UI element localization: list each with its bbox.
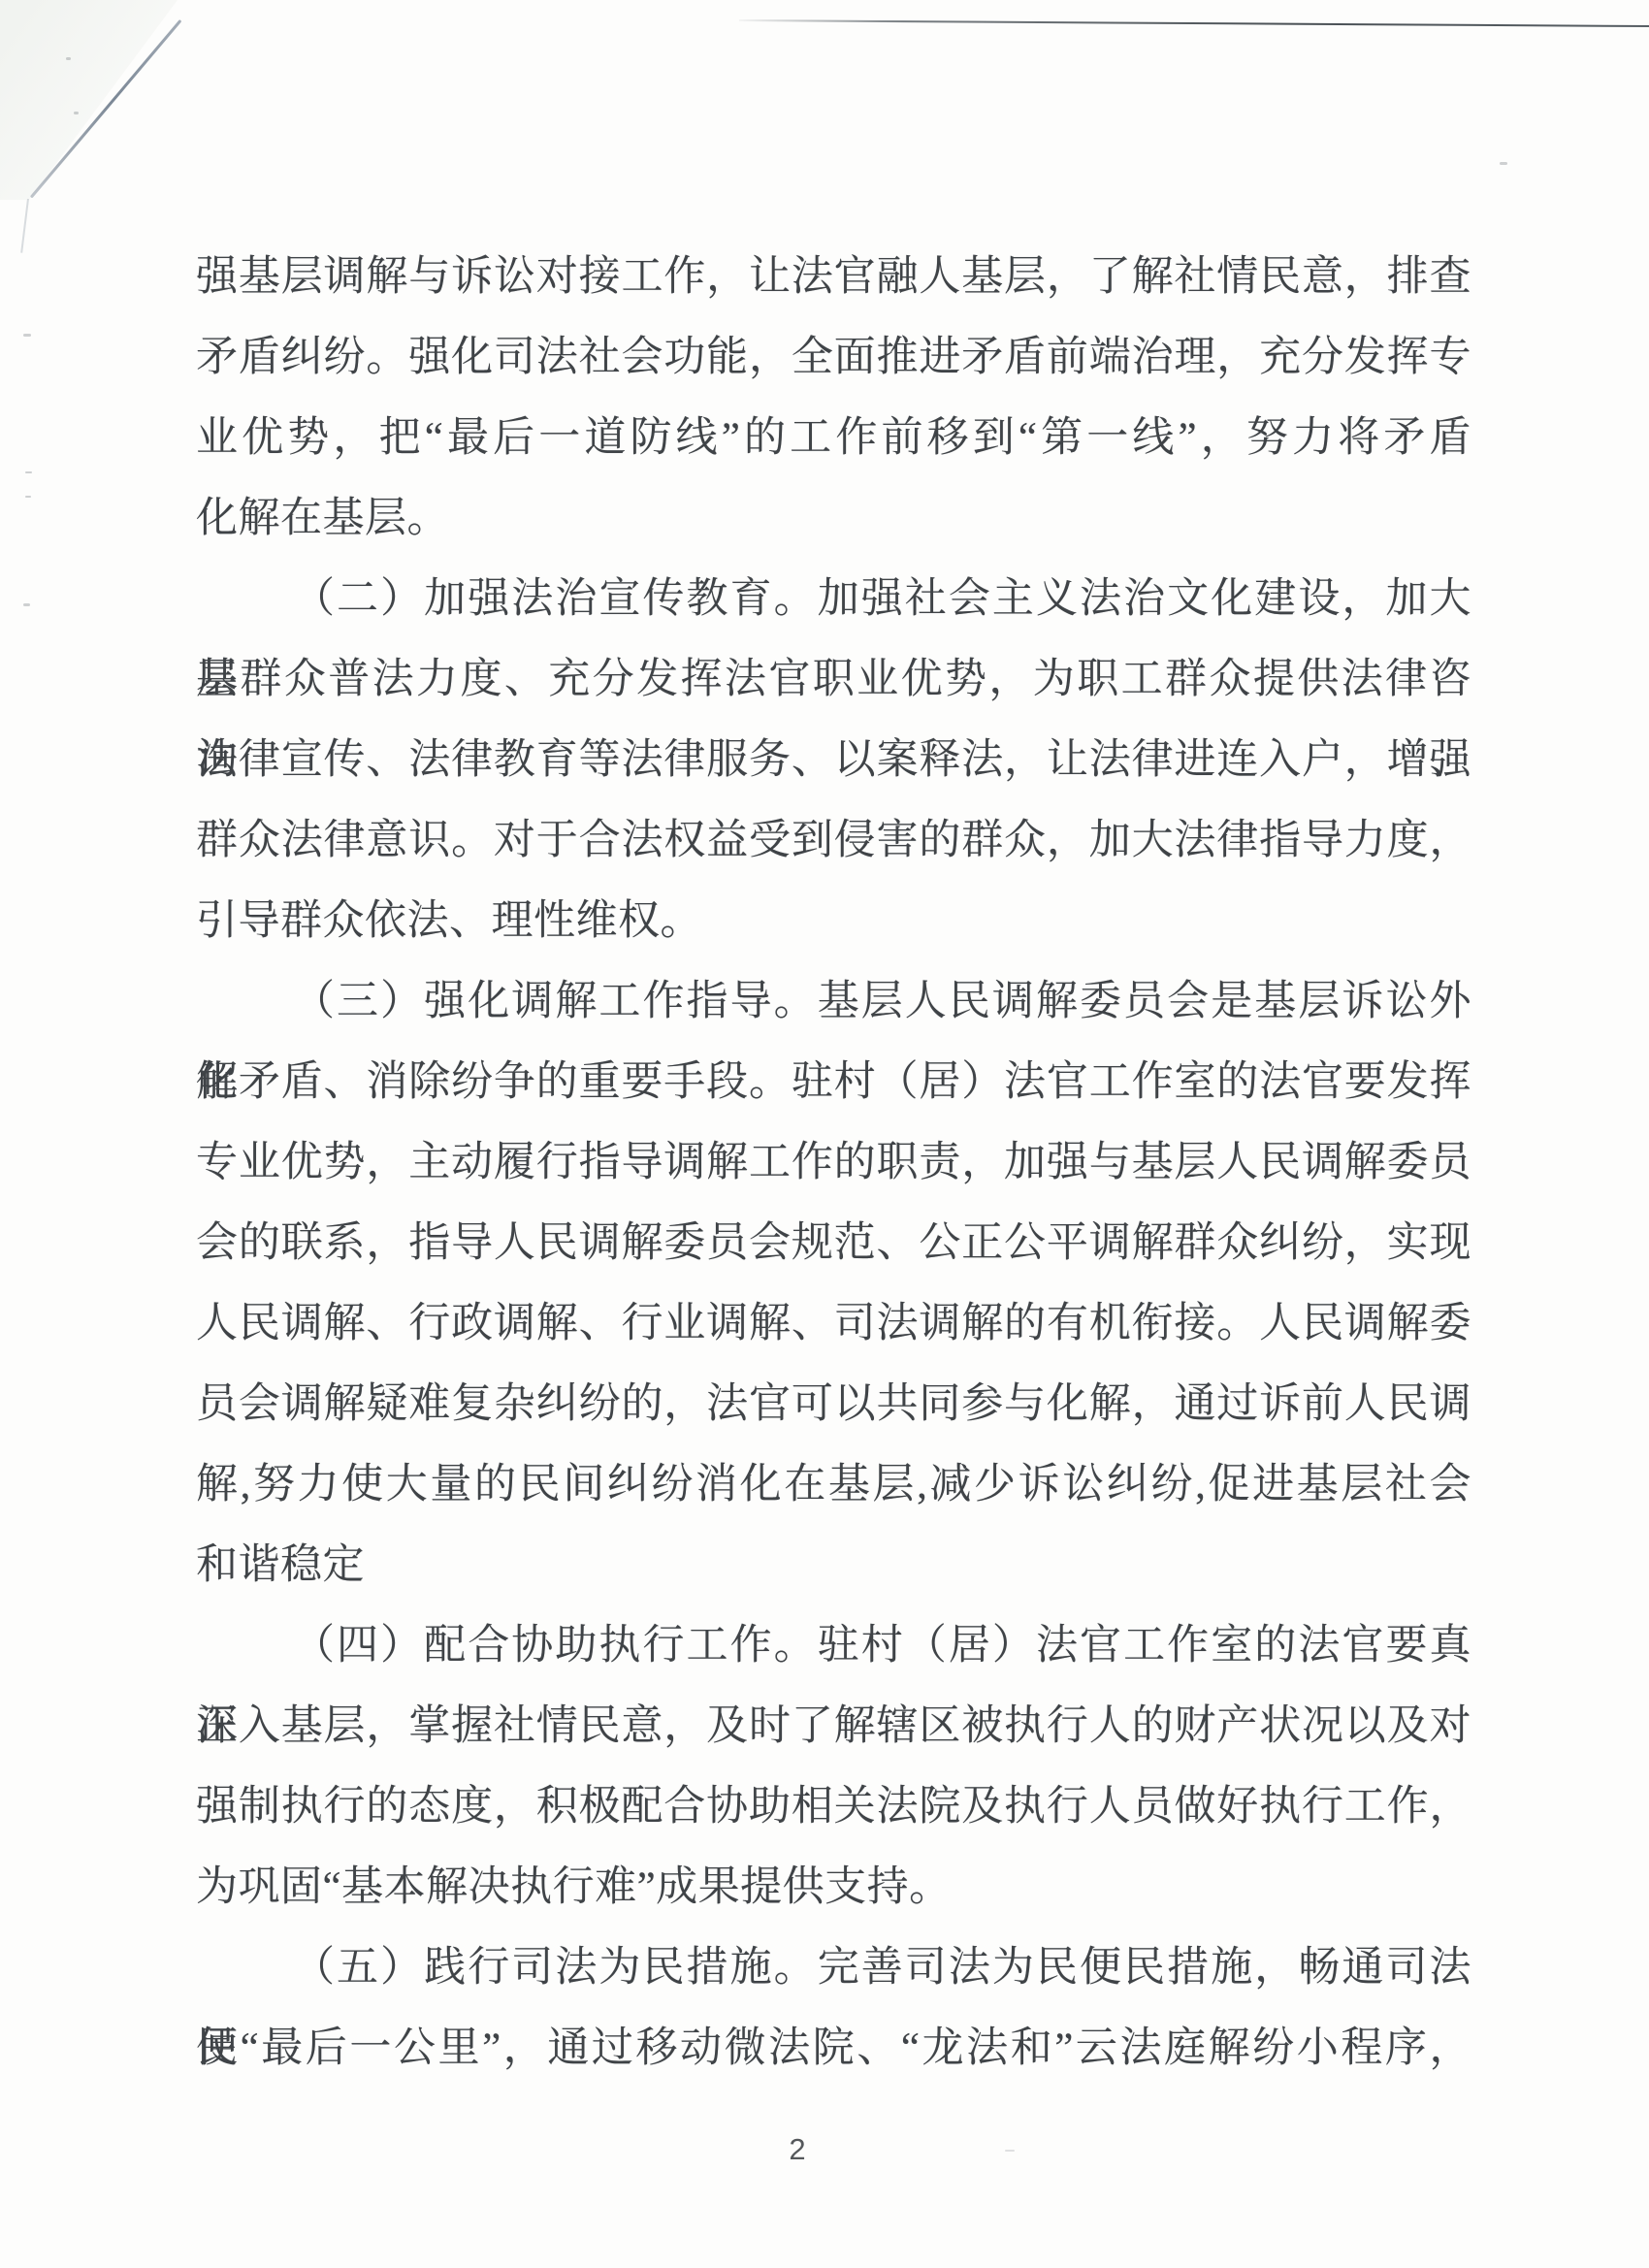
text-line: 强制执行的态度，积极配合协助相关法院及执行人员做好执行工作， (196, 1766, 1471, 1847)
text-line: （四）配合协助执行工作。驻村（居）法官工作室的法官要真正 (196, 1605, 1471, 1686)
text-line: 解,努力使大量的民间纠纷消化在基层,减少诉讼纠纷,促进基层社会 (196, 1444, 1471, 1525)
text-line: 为巩固“基本解决执行难”成果提供支持。 (196, 1847, 1471, 1928)
text-line: 民“最后一公里”，通过移动微法院、“龙法和”云法庭解纷小程序， (196, 2008, 1471, 2089)
text-line: 强基层调解与诉讼对接工作，让法官融人基层，了解社情民意，排查 (196, 237, 1471, 317)
text-line: 层群众普法力度、充分发挥法官职业优势，为职工群众提供法律咨询、 (196, 639, 1471, 720)
text-line: 化解在基层。 (196, 478, 1471, 559)
text-line: 人民调解、行政调解、行业调解、司法调解的有机衔接。人民调解委 (196, 1283, 1471, 1364)
text-line: 群众法律意识。对于合法权益受到侵害的群众，加大法律指导力度， (196, 800, 1471, 881)
text-line: 矛盾纠纷。强化司法社会功能，全面推进矛盾前端治理，充分发挥专 (196, 317, 1471, 398)
text-line: 深入基层，掌握社情民意，及时了解辖区被执行人的财产状况以及对 (196, 1686, 1471, 1766)
scan-speckle (25, 496, 31, 498)
text-line: 员会调解疑难复杂纠纷的，法官可以共同参与化解，通过诉前人民调 (196, 1364, 1471, 1444)
scan-speckle (1500, 162, 1507, 165)
text-line: （二）加强法治宣传教育。加强社会主义法治文化建设，加大基 (196, 559, 1471, 639)
scan-speckle (74, 112, 79, 114)
text-line: （三）强化调解工作指导。基层人民调解委员会是基层诉讼外化 (196, 961, 1471, 1042)
text-line: 会的联系，指导人民调解委员会规范、公正公平调解群众纠纷，实现 (196, 1203, 1471, 1283)
document-page: 强基层调解与诉讼对接工作，让法官融人基层，了解社情民意，排查 矛盾纠纷。强化司法… (0, 0, 1649, 2268)
scan-artifact-line (739, 19, 1649, 27)
scan-speckle (23, 334, 31, 337)
fold-crease-tail (20, 199, 29, 253)
text-line: 业优势，把“最后一道防线”的工作前移到“第一线”，努力将矛盾 (196, 398, 1471, 478)
page-number: 2 (766, 2132, 828, 2167)
scan-speckle (66, 57, 71, 60)
text-line: 专业优势，主动履行指导调解工作的职责，加强与基层人民调解委员 (196, 1122, 1471, 1203)
page-corner-fold (0, 0, 194, 206)
text-line: （五）践行司法为民措施。完善司法为民便民措施，畅通司法便 (196, 1928, 1471, 2008)
text-line: 法律宣传、法律教育等法律服务、以案释法，让法律进连入户，增强 (196, 720, 1471, 800)
scan-speckle (23, 603, 30, 606)
text-line: 引导群众依法、理性维权。 (196, 881, 1471, 961)
text-line: 和谐稳定 (196, 1525, 1471, 1605)
document-body: 强基层调解与诉讼对接工作，让法官融人基层，了解社情民意，排查 矛盾纠纷。强化司法… (196, 237, 1471, 2089)
scan-speckle (25, 471, 32, 473)
text-line: 解矛盾、消除纷争的重要手段。驻村（居）法官工作室的法官要发挥 (196, 1042, 1471, 1122)
scan-speckle (1005, 2150, 1015, 2152)
